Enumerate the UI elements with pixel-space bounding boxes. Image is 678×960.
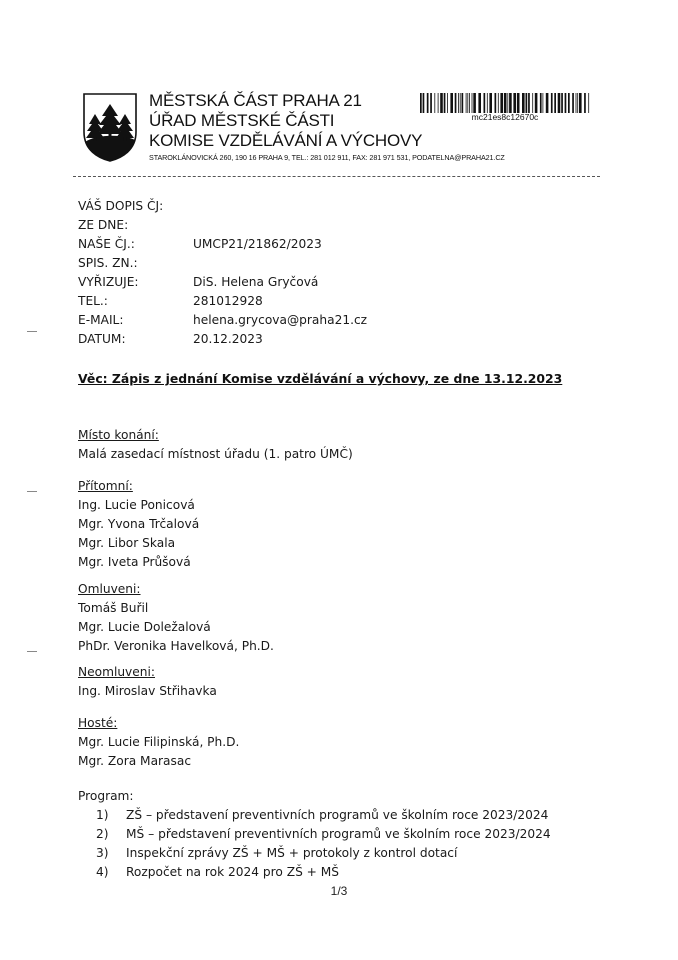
margin-tick [27,651,37,652]
org-address: STAROKLÁNOVICKÁ 260, 190 16 PRAHA 9, TEL… [149,153,505,163]
meta-value: UMCP21/21862/2023 [193,235,322,254]
guest: Mgr. Lucie Filipinská, Ph.D. [78,733,239,752]
meta-label: SPIS. ZN.: [78,254,193,273]
section-excused: Omluveni: Tomáš Buřil Mgr. Lucie Doležal… [78,580,274,656]
barcode [420,93,590,113]
section-program: Program: 1) ZŠ – představení preventivní… [78,787,551,882]
meta-value: helena.grycova@praha21.cz [193,311,367,330]
place-text: Malá zasedací místnost úřadu (1. patro Ú… [78,445,353,464]
section-heading: Místo konání: [78,426,353,445]
meta-label: E-MAIL: [78,311,193,330]
program-heading: Program: [78,787,551,806]
meta-row-handled-by: VYŘIZUJE: DiS. Helena Gryčová [78,273,367,292]
margin-tick [27,331,37,332]
unexcused-person: Ing. Miroslav Střihavka [78,682,217,701]
meta-label: ZE DNE: [78,216,193,235]
meta-row-file-mark: SPIS. ZN.: [78,254,367,273]
program-item: 2) MŠ – představení preventivních progra… [78,825,551,844]
attendee: Ing. Lucie Ponicová [78,496,199,515]
meta-value: DiS. Helena Gryčová [193,273,318,292]
meta-row-phone: TEL.: 281012928 [78,292,367,311]
meta-label: DATUM: [78,330,193,349]
meta-value: 281012928 [193,292,263,311]
program-item: 4) Rozpočet na rok 2024 pro ZŠ + MŠ [78,863,551,882]
reference-metadata: VÁŠ DOPIS ČJ: ZE DNE: NAŠE ČJ.: UMCP21/2… [78,197,367,349]
attendee: Mgr. Yvona Trčalová [78,515,199,534]
document-page: MĚSTSKÁ ČÁST PRAHA 21 ÚŘAD MĚSTSKÉ ČÁSTI… [0,0,678,960]
coat-of-arms-trees-icon [82,92,138,162]
meta-row-date: DATUM: 20.12.2023 [78,330,367,349]
margin-tick [27,491,37,492]
meta-label: VYŘIZUJE: [78,273,193,292]
program-item-text: Inspekční zprávy ZŠ + MŠ + protokoly z k… [126,844,457,863]
section-place: Místo konání: Malá zasedací místnost úřa… [78,426,353,464]
program-item-number: 4) [78,863,126,882]
program-list: 1) ZŠ – představení preventivních progra… [78,806,551,882]
program-item: 3) Inspekční zprávy ZŠ + MŠ + protokoly … [78,844,551,863]
program-item-text: Rozpočet na rok 2024 pro ZŠ + MŠ [126,863,339,882]
program-item-number: 1) [78,806,126,825]
section-unexcused: Neomluveni: Ing. Miroslav Střihavka [78,663,217,701]
excused-person: Mgr. Lucie Doležalová [78,618,274,637]
section-heading: Omluveni: [78,580,274,599]
meta-row-our-ref: NAŠE ČJ.: UMCP21/21862/2023 [78,235,367,254]
excused-person: Tomáš Buřil [78,599,274,618]
program-item-text: MŠ – představení preventivních programů … [126,825,551,844]
meta-label: TEL.: [78,292,193,311]
meta-row-your-letter: VÁŠ DOPIS ČJ: [78,197,367,216]
excused-person: PhDr. Veronika Havelková, Ph.D. [78,637,274,656]
header-divider [73,176,600,177]
program-item-number: 3) [78,844,126,863]
program-item: 1) ZŠ – představení preventivních progra… [78,806,551,825]
attendee: Mgr. Iveta Průšová [78,553,199,572]
meta-row-dated: ZE DNE: [78,216,367,235]
meta-value: 20.12.2023 [193,330,263,349]
meta-label: VÁŠ DOPIS ČJ: [78,197,193,216]
section-present: Přítomní: Ing. Lucie Ponicová Mgr. Yvona… [78,477,199,572]
guest: Mgr. Zora Marasac [78,752,239,771]
section-heading: Přítomní: [78,477,199,496]
page-number: 1/3 [0,884,678,898]
barcode-text: mc21es8c12670c [420,112,590,122]
subject-line: Věc: Zápis z jednání Komise vzdělávání a… [78,371,562,386]
section-guests: Hosté: Mgr. Lucie Filipinská, Ph.D. Mgr.… [78,714,239,771]
program-item-text: ZŠ – představení preventivních programů … [126,806,548,825]
attendee: Mgr. Libor Skala [78,534,199,553]
meta-row-email: E-MAIL: helena.grycova@praha21.cz [78,311,367,330]
org-committee: KOMISE VZDĚLÁVÁNÍ A VÝCHOVY [149,131,505,151]
program-item-number: 2) [78,825,126,844]
meta-label: NAŠE ČJ.: [78,235,193,254]
section-heading: Neomluveni: [78,663,217,682]
section-heading: Hosté: [78,714,239,733]
